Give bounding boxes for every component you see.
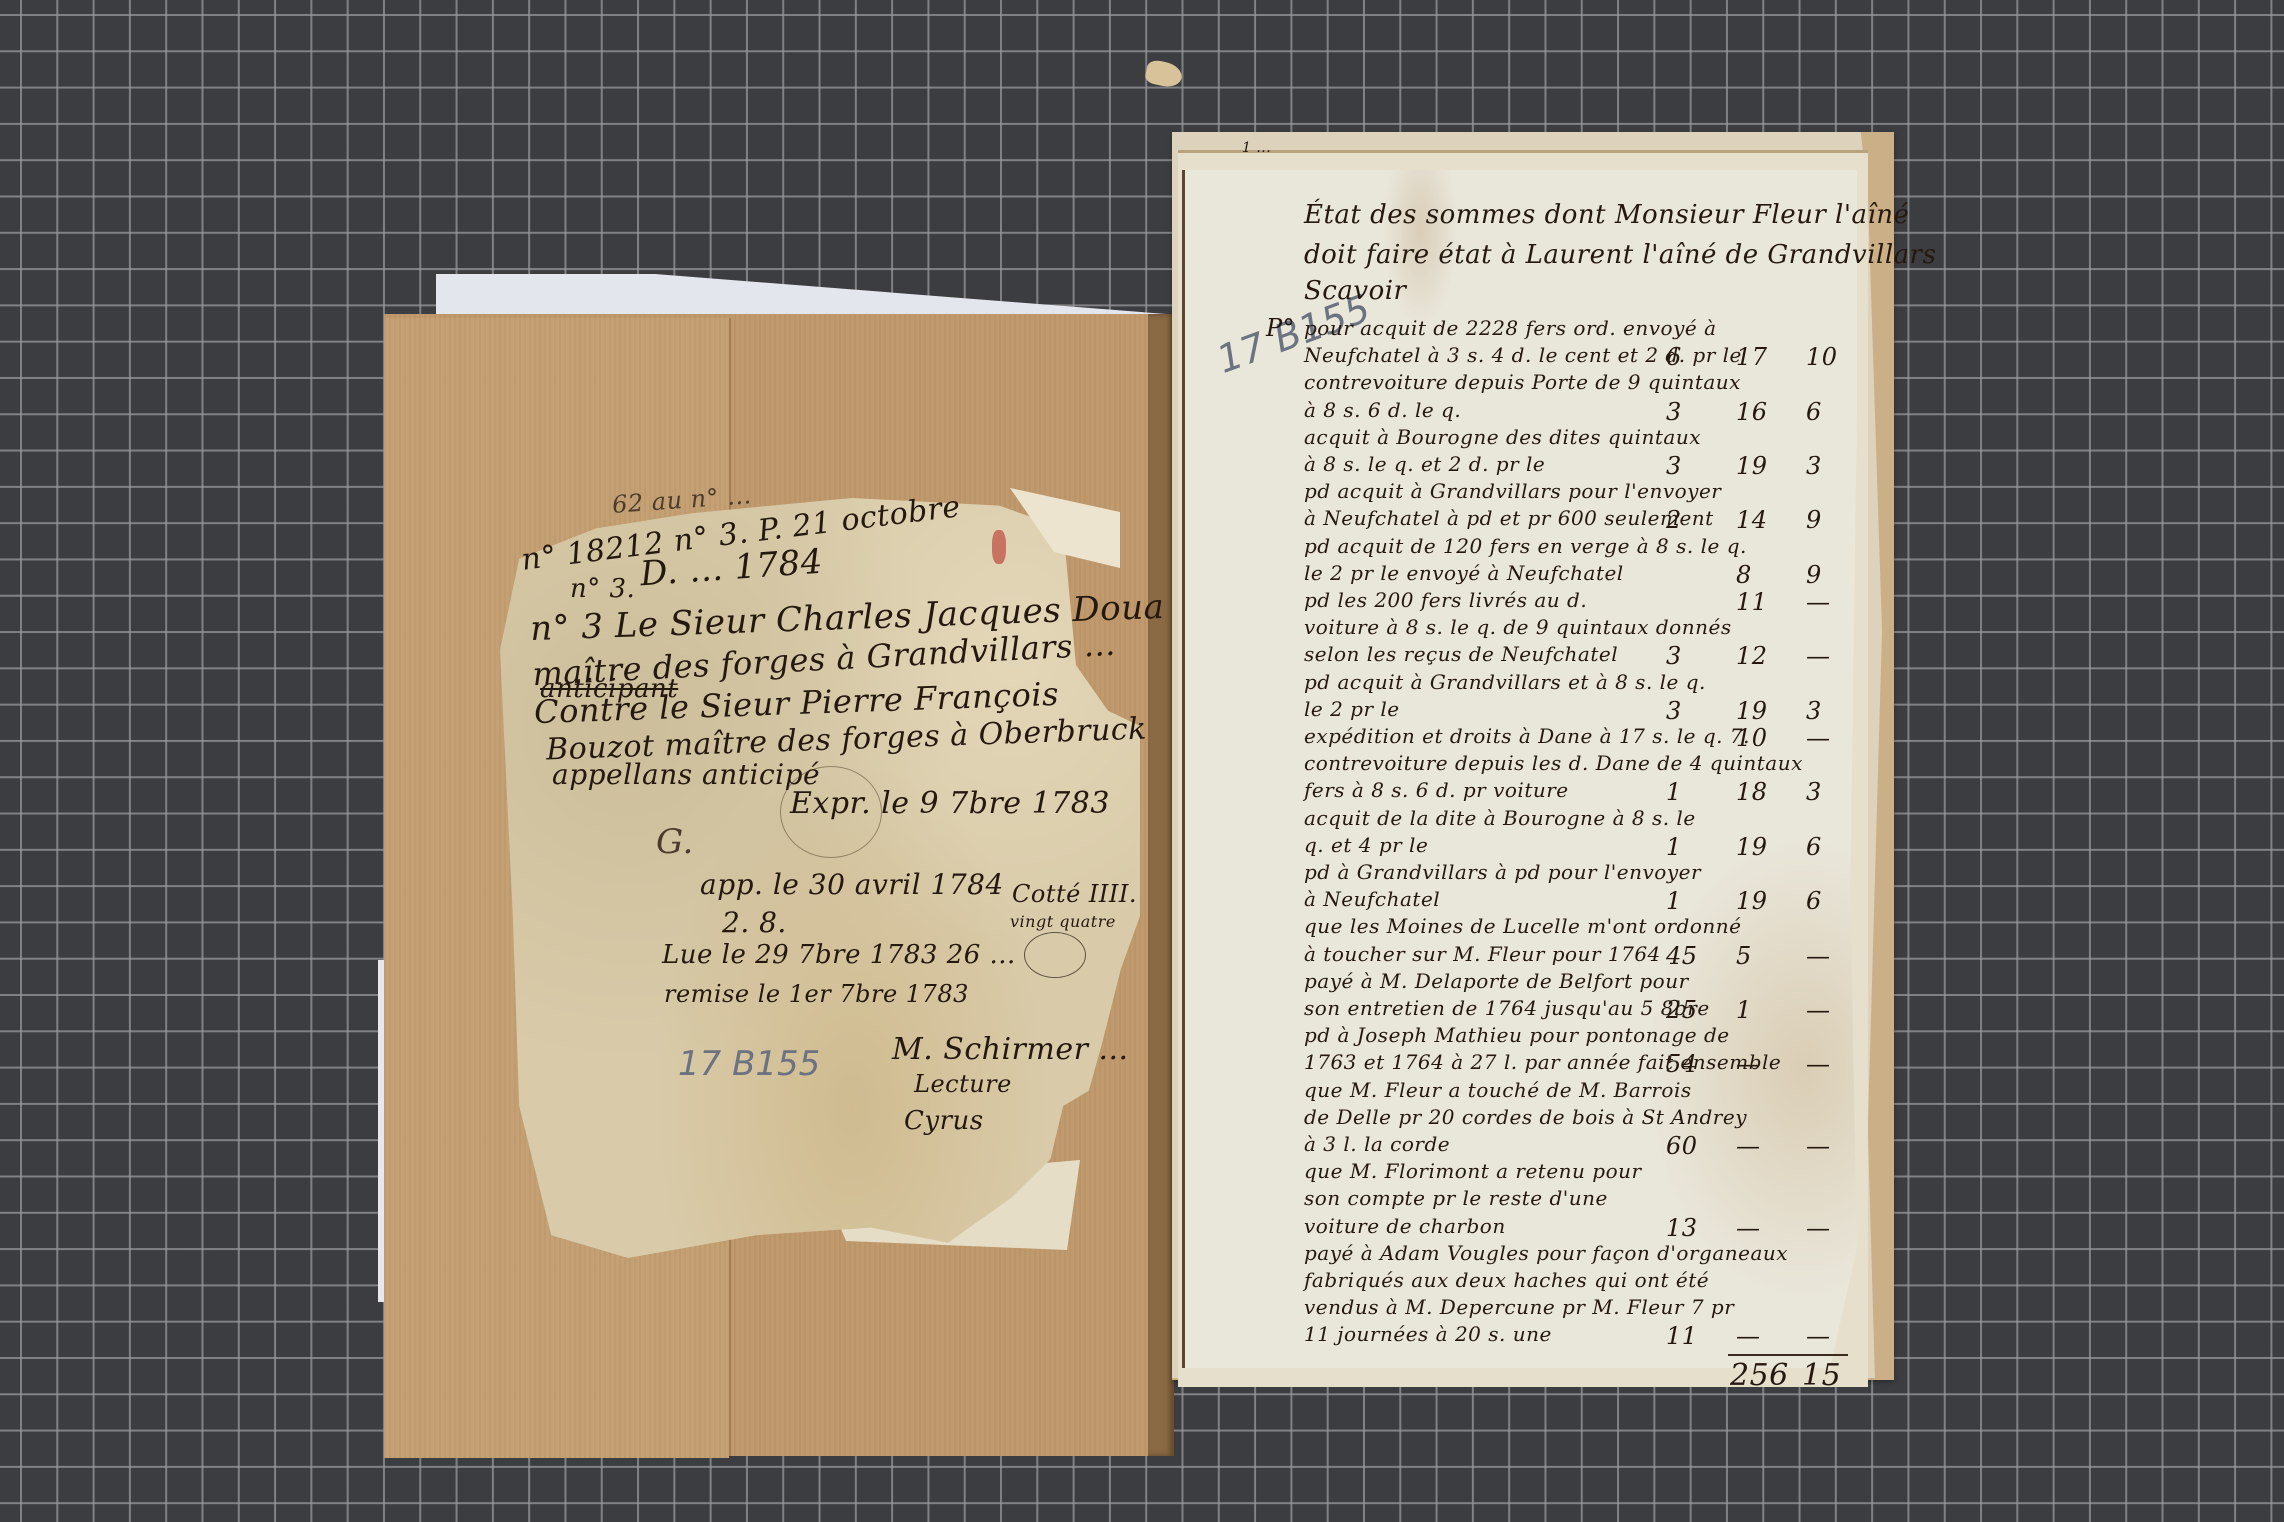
entry-deniers: —: [1806, 1050, 1831, 1078]
entry-sols: —: [1736, 1050, 1761, 1078]
entry-description: à toucher sur M. Fleur pour 1764: [1304, 942, 1661, 966]
entry-description: pd à Grandvillars à pd pour l'envoyer: [1304, 860, 1701, 884]
signature-line: Lecture: [914, 1070, 1012, 1098]
entry-deniers: 9: [1806, 506, 1822, 534]
entry-livres: 1: [1666, 778, 1682, 806]
paper-fragment: [1144, 59, 1184, 90]
entry-livres: 3: [1666, 452, 1682, 480]
entry-livres: 13: [1666, 1214, 1698, 1242]
entry-livres: 2: [1666, 506, 1682, 534]
cote-mark: Cotté IIII.: [1012, 880, 1137, 908]
note-line: app. le 30 avril 1784: [700, 868, 1004, 901]
note-line: Lue le 29 7bre 1783 26 ...: [662, 940, 1016, 970]
body-line: appellans anticipé: [552, 758, 820, 791]
entry-description: à Neufchatel à pd et pr 600 seulement: [1304, 506, 1714, 530]
entry-livres: 1: [1666, 887, 1682, 915]
entry-deniers: 9: [1806, 561, 1822, 589]
entry-description: payé à Adam Vougles pour façon d'organea…: [1304, 1241, 1788, 1265]
entry-deniers: —: [1806, 996, 1831, 1024]
entry-sols: 1: [1736, 996, 1752, 1024]
entry-description: pd les 200 fers livrés au d.: [1304, 588, 1587, 612]
entry-sols: 18: [1736, 778, 1768, 806]
entry-description: à 3 l. la corde: [1304, 1132, 1450, 1156]
entry-description: 1763 et 1764 à 27 l. par année fait ense…: [1304, 1050, 1781, 1074]
entry-description: pour acquit de 2228 fers ord. envoyé à: [1304, 316, 1717, 340]
note-line: remise le 1er 7bre 1783: [664, 980, 969, 1008]
entry-sols: 11: [1736, 588, 1768, 616]
entry-description: le 2 pr le envoyé à Neufchatel: [1304, 561, 1624, 585]
entry-sols: 17: [1736, 343, 1768, 371]
entry-sols: 19: [1736, 887, 1768, 915]
entry-livres: 3: [1666, 697, 1682, 725]
total-rule: [1728, 1354, 1848, 1356]
ledger-top-label: 1 ...: [1242, 140, 1271, 156]
header-line: n° 3.: [570, 574, 635, 604]
entry-livres: 3: [1666, 398, 1682, 426]
entry-livres: 6: [1666, 343, 1682, 371]
entry-description: vendus à M. Depercune pr M. Fleur 7 pr: [1304, 1295, 1734, 1319]
entry-livres: 11: [1666, 1322, 1698, 1350]
entry-description: pd acquit de 120 fers en verge à 8 s. le…: [1304, 534, 1747, 558]
entry-sols: 19: [1736, 833, 1768, 861]
entry-sols: 19: [1736, 697, 1768, 725]
entry-description: payé à M. Delaporte de Belfort pour: [1304, 969, 1689, 993]
entry-description: pd acquit à Grandvillars pour l'envoyer: [1304, 479, 1721, 503]
entry-description: q. et 4 pr le: [1304, 833, 1428, 857]
signature-line: Cyrus: [904, 1106, 984, 1136]
total-sols: 15: [1802, 1358, 1841, 1393]
entry-livres: 45: [1666, 942, 1698, 970]
entry-livres: 60: [1666, 1132, 1698, 1160]
entry-sols: —: [1736, 1322, 1761, 1350]
entry-sols: 5: [1736, 942, 1752, 970]
entry-description: fabriqués aux deux haches qui ont été: [1304, 1268, 1709, 1292]
entry-livres: 25: [1666, 996, 1698, 1024]
entry-deniers: 6: [1806, 833, 1822, 861]
total-livres: 256: [1730, 1358, 1789, 1393]
entry-sols: —: [1736, 1214, 1761, 1242]
ledger-entries: pour acquit de 2228 fers ord. envoyé àNe…: [1236, 316, 1856, 1356]
entry-description: à 8 s. le q. et 2 d. pr le: [1304, 452, 1545, 476]
entry-deniers: —: [1806, 1132, 1831, 1160]
entry-sols: —: [1736, 1132, 1761, 1160]
entry-description: de Delle pr 20 cordes de bois à St Andre…: [1304, 1105, 1747, 1129]
folder-spine: [1148, 314, 1174, 1456]
entry-description: pd à Joseph Mathieu pour pontonage de: [1304, 1023, 1730, 1047]
entry-deniers: 3: [1806, 452, 1822, 480]
entry-description: fers à 8 s. 6 d. pr voiture: [1304, 778, 1569, 802]
entry-description: pd acquit à Grandvillars et à 8 s. le q.: [1304, 670, 1706, 694]
entry-description: que les Moines de Lucelle m'ont ordonné: [1304, 914, 1742, 938]
note-line: 2. 8.: [722, 906, 787, 939]
entry-sols: 19: [1736, 452, 1768, 480]
seal-note: Expr. le 9 7bre 1783: [790, 786, 1110, 821]
ledger-row: 11 journées à 20 s. une11——: [1236, 1322, 1856, 1362]
entry-description: le 2 pr le: [1304, 697, 1400, 721]
signature-line: M. Schirmer ...: [892, 1032, 1129, 1067]
ledger-title-line: État des sommes dont Monsieur Fleur l'aî…: [1304, 200, 1909, 230]
entry-livres: 3: [1666, 642, 1682, 670]
entry-deniers: 6: [1806, 887, 1822, 915]
entry-deniers: —: [1806, 724, 1831, 752]
entry-description: acquit à Bourogne des dites quintaux: [1304, 425, 1701, 449]
entry-sols: 8: [1736, 561, 1752, 589]
entry-deniers: —: [1806, 942, 1831, 970]
entry-description: contrevoiture depuis les d. Dane de 4 qu…: [1304, 751, 1803, 775]
entry-deniers: —: [1806, 1214, 1831, 1242]
entry-description: son entretien de 1764 jusqu'au 5 8bre: [1304, 996, 1710, 1020]
entry-description: voiture de charbon: [1304, 1214, 1506, 1238]
ledger-title-line: doit faire état à Laurent l'aîné de Gran…: [1304, 240, 1936, 270]
initial-mark: G.: [656, 822, 694, 862]
entry-description: 11 journées à 20 s. une: [1304, 1322, 1552, 1346]
entry-deniers: 3: [1806, 778, 1822, 806]
entry-description: contrevoiture depuis Porte de 9 quintaux: [1304, 370, 1741, 394]
entry-deniers: —: [1806, 1322, 1831, 1350]
entry-sols: 12: [1736, 642, 1768, 670]
entry-description: acquit de la dite à Bourogne à 8 s. le: [1304, 806, 1696, 830]
entry-description: son compte pr le reste d'une: [1304, 1186, 1608, 1210]
entry-deniers: —: [1806, 588, 1831, 616]
paraph-circle: [1024, 932, 1086, 978]
entry-livres: 1: [1666, 833, 1682, 861]
entry-sols: 10: [1736, 724, 1768, 752]
entry-description: que M. Fleur a touché de M. Barrois: [1304, 1078, 1692, 1102]
entry-livres: 54: [1666, 1050, 1698, 1078]
entry-deniers: 10: [1806, 343, 1838, 371]
entry-deniers: 6: [1806, 398, 1822, 426]
archive-pencil-number: 17 B155: [678, 1044, 820, 1084]
entry-description: selon les reçus de Neufchatel: [1304, 642, 1618, 666]
entry-deniers: —: [1806, 642, 1831, 670]
entry-sols: 14: [1736, 506, 1768, 534]
ledger-title-line: Scavoir: [1304, 276, 1406, 306]
cote-subtitle: vingt quatre: [1010, 912, 1116, 931]
entry-description: à 8 s. 6 d. le q.: [1304, 398, 1461, 422]
red-wax-mark: [992, 530, 1006, 564]
entry-deniers: 3: [1806, 697, 1822, 725]
entry-description: voiture à 8 s. le q. de 9 quintaux donné…: [1304, 615, 1732, 639]
entry-description: que M. Florimont a retenu pour: [1304, 1159, 1642, 1183]
entry-description: expédition et droits à Dane à 17 s. le q…: [1304, 724, 1750, 748]
entry-sols: 16: [1736, 398, 1768, 426]
entry-description: à Neufchatel: [1304, 887, 1440, 911]
